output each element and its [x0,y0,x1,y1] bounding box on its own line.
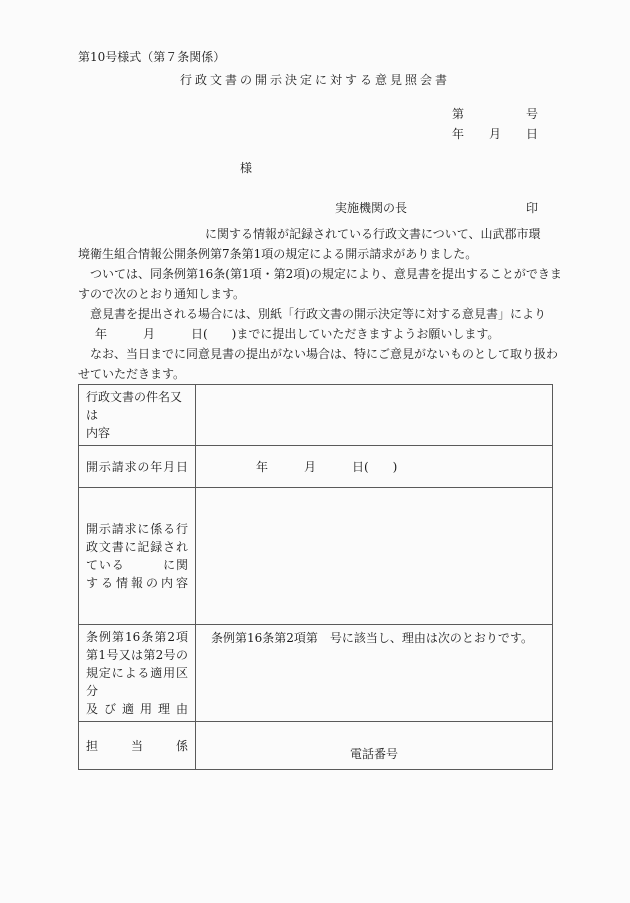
table-row-subject: 行政文書の件名又は 内容 [79,385,553,446]
body-paragraphs: に関する情報が記録されている行政文書について、山武郡市環 境衛生組合情報公開条例… [78,224,552,384]
request-date-label-cell: 開示請求の年月日 [79,446,196,488]
seal-mark: 印 [526,198,538,218]
information-content-label-cell: 開示請求に係る行 政文書に記録され ている に関 する情報の内容 [79,488,196,625]
document-page: 第10号様式（第７条関係） 行政文書の開示決定に対する意見照会書 第 号 年 月… [0,0,630,903]
section-in-charge-label: 担当係 [86,737,188,755]
paragraph-1-line-2: 境衛生組合情報公開条例第7条第1項の規定による開示請求がありました。 [78,244,552,264]
information-content-label-line-1: 開示請求に係る行 [86,520,188,538]
form-table: 行政文書の件名又は 内容 開示請求の年月日 年 月 日( ) 開示請求に係る行 … [78,384,553,770]
section-in-charge-value-cell: 電話番号 [196,722,553,770]
paragraph-2-line-2: すので次のとおり通知します。 [78,284,552,304]
paragraph-4-line-2: せていただきます。 [78,364,552,384]
paragraph-3-line-1: 意見書を提出される場合には、別紙「行政文書の開示決定等に対する意見書」により [78,304,552,324]
applicable-provision-label-cell: 条例第16条第2項 第1号又は第2号の 規定による適用区分 及び適用理由 [79,625,196,722]
applicable-provision-value-cell: 条例第16条第2項第 号に該当し、理由は次のとおりです。 [196,625,553,722]
addressee-line: 様 [78,158,552,178]
issuer-label: 実施機関の長 [335,198,407,218]
doc-number-date-block: 第 号 年 月 日 [452,104,538,144]
date-line: 年 月 日 [452,124,538,144]
table-row-information-content: 開示請求に係る行 政文書に記録され ている に関 する情報の内容 [79,488,553,625]
request-date-value-cell: 年 月 日( ) [196,446,553,488]
subject-label-line-1: 行政文書の件名又は [86,388,188,424]
paragraph-1-line-1: に関する情報が記録されている行政文書について、山武郡市環 [78,224,552,244]
request-date-label: 開示請求の年月日 [86,458,188,476]
subject-value-cell [196,385,553,446]
paragraph-2-line-1: ついては、同条例第16条(第1項・第2項)の規定により、意見書を提出することがで… [78,264,552,284]
table-row-request-date: 開示請求の年月日 年 月 日( ) [79,446,553,488]
applicable-provision-label-line-4: 及び適用理由 [86,700,188,718]
paragraph-3-line-2: 年 月 日( )までに提出していただきますようお願いします。 [78,324,552,344]
phone-number-label: 電話番号 [350,747,398,761]
page-title: 行政文書の開示決定に対する意見照会書 [78,70,552,90]
subject-label-cell: 行政文書の件名又は 内容 [79,385,196,446]
information-content-label-line-3: ている に関 [86,556,188,574]
information-content-label-line-2: 政文書に記録され [86,538,188,556]
subject-label-line-2: 内容 [86,424,188,442]
information-content-label-line-4: する情報の内容 [86,574,188,592]
section-in-charge-label-cell: 担当係 [79,722,196,770]
applicable-provision-label-line-2: 第1号又は第2号の [86,646,188,664]
date-day-label: 日 [526,124,538,144]
addressee-honorific: 様 [240,161,252,175]
table-row-section-in-charge: 担当係 電話番号 [79,722,553,770]
paragraph-4-line-1: なお、当日までに同意見書の提出がない場合は、特にご意見がないものとして取り扱わ [78,344,552,364]
issuer-line: 実施機関の長 印 [78,198,552,218]
date-year-label: 年 [452,124,464,144]
applicable-provision-label-line-3: 規定による適用区分 [86,664,188,700]
applicable-provision-label-line-1: 条例第16条第2項 [86,628,188,646]
doc-number-suffix: 号 [526,104,538,124]
date-month-label: 月 [489,124,501,144]
doc-number-line: 第 号 [452,104,538,124]
doc-number-prefix: 第 [452,104,464,124]
table-row-applicable-provision: 条例第16条第2項 第1号又は第2号の 規定による適用区分 及び適用理由 条例第… [79,625,553,722]
information-content-value-cell [196,488,553,625]
form-number-line: 第10号様式（第７条関係） [78,47,552,67]
